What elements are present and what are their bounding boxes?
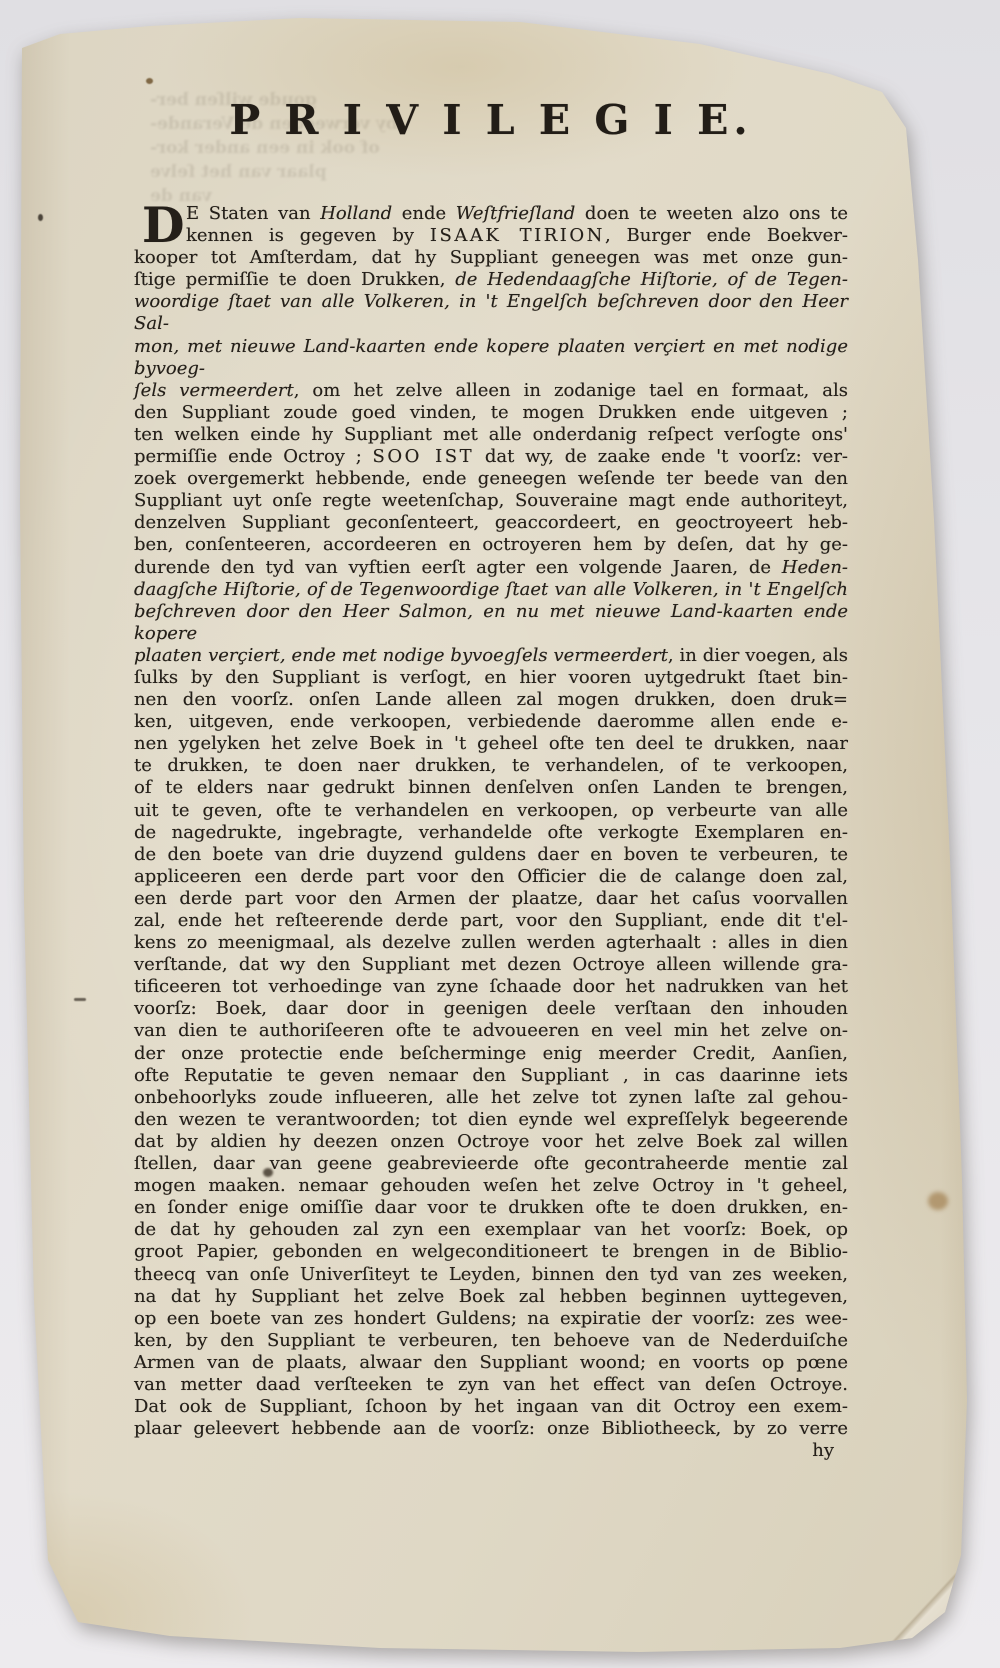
text-segment: theecq van onſe Univerſiteyt te Leyden, … [134,1264,848,1285]
text-line: kooper tot Amſterdam, dat hy Suppliant g… [134,247,848,269]
text-segment: Armen van de plaats, alwaar den Supplian… [134,1352,848,1373]
text-line: groot Papier, gebonden en welgecondition… [134,1241,848,1263]
text-line: den wezen te verantwoorden; tot dien eyn… [134,1109,848,1131]
drop-cap: D [142,203,185,247]
text-segment: nen den voorſz. onſen Lande alleen zal m… [134,689,848,710]
text-line: ſtige permiſſie te doen Drukken, de Hede… [134,269,848,291]
text-line: permiſſie ende Octroy ; SOO IST dat wy, … [134,446,848,468]
text-line: plaaten verçiert, ende met nodige byvoeg… [134,645,848,667]
text-line: dat by aldien hy deezen onzen Octroye vo… [134,1131,848,1153]
show-through-line: plaar van het ſelve [150,160,670,184]
text-segment: een derde part voor den Armen der plaatz… [134,888,848,909]
text-line: denzelven Suppliant geconſenteert, geacc… [134,512,848,534]
text-segment: , Burger ende Boekver- [605,225,848,246]
text-line: na dat hy Suppliant het zelve Boek zal h… [134,1286,848,1308]
photo-of-book-page: goude wilſen ber-by verweegen de Verande… [0,0,1000,1668]
page-title: P R I V I L E G I E. [134,96,848,144]
text-segment: voorſz: Boek, daar door in geenigen deel… [134,998,848,1019]
text-segment: ſtellen, daar van geene geabrevieerde of… [134,1153,848,1174]
text-segment: of te elders naar gedrukt binnen denſelv… [134,777,848,798]
text-segment: ende [392,203,456,224]
text-line: voorſz: Boek, daar door in geenigen deel… [134,998,848,1020]
text-line: van metter daad verſteeken te zyn van he… [134,1374,848,1396]
text-segment: appliceeren een derde part voor den Offi… [134,866,848,887]
margin-mark [74,998,86,1001]
text-segment: ſtige permiſſie te doen Drukken, [134,269,455,290]
corner-crease [886,1570,966,1644]
text-line: verſtande, dat wy den Suppliant met deze… [134,954,848,976]
text-line: kennen is gegeven by ISAAK TIRION, Burge… [186,225,848,247]
text-line: zal, ende het reſteerende derde part, vo… [134,910,848,932]
page-wrapper: goude wilſen ber-by verweegen de Verande… [0,0,1000,1668]
text-segment: plaar geleevert hebbende aan de voorſz: … [134,1418,848,1439]
text-segment: op een boete van zes hondert Guldens; na… [134,1308,848,1329]
text-segment: ben, conſenteeren, accordeeren en octroy… [134,534,848,555]
text-segment: tificeeren tot verhoedinge van zyne ſcha… [134,976,848,997]
text-line: van dien te authoriſeeren ofte te advoue… [134,1020,848,1042]
text-line: Armen van de plaats, alwaar den Supplian… [134,1352,848,1374]
text-segment: doen te weeten alzo ons te [575,203,848,224]
text-segment: kens zo meenigmaal, als dezelve zullen w… [134,932,848,953]
text-line: der onze protectie ende beſcherminge eni… [134,1043,848,1065]
text-line: kens zo meenigmaal, als dezelve zullen w… [134,932,848,954]
text-segment: uit te geven, ofte te verhandelen en ver… [134,800,848,821]
text-line: nen ygelyken het zelve Boek in 't geheel… [134,733,848,755]
text-segment: de dat hy gehouden zal zyn een exemplaar… [134,1219,848,1240]
text-segment: ofte Reputatie te geven nemaar den Suppl… [134,1065,848,1086]
text-line: of te elders naar gedrukt binnen denſelv… [134,777,848,799]
text-segment: permiſſie ende Octroy ; [134,446,373,467]
paper-speck [868,20,874,25]
paper-speck [146,78,153,84]
text-line: mogen maaken. nemaar gehouden weſen het … [134,1175,848,1197]
text-segment: de nagedrukte, ingebragte, verhandelde o… [134,822,848,843]
text-segment: nen ygelyken het zelve Boek in 't geheel… [134,733,848,754]
text-line: daagſche Hiſtorie, of de Tegenwoordige ſ… [134,579,848,601]
privilege-text: D E Staten van Holland ende Weſtfrieſlan… [134,203,848,1462]
text-segment: onbehoorlyks zoude influeeren, alle het … [134,1087,848,1108]
text-line: theecq van onſe Univerſiteyt te Leyden, … [134,1264,848,1286]
text-segment: mogen maaken. nemaar gehouden weſen het … [134,1175,848,1196]
text-segment: Dat ook de Suppliant, ſchoon by het inga… [134,1396,848,1417]
text-line: ſulks by den Suppliant is verſogt, en hi… [134,667,848,689]
text-line: ofte Reputatie te geven nemaar den Suppl… [134,1065,848,1087]
italic-text-segment: beſchreven door den Heer Salmon, en nu m… [134,601,848,644]
text-line: tificeeren tot verhoedinge van zyne ſcha… [134,976,848,998]
text-segment: ken, by den Suppliant te verbeuren, ten … [134,1330,848,1351]
spaced-caps-segment: SOO IST [373,446,475,467]
text-line: ſels vermeerdert, om het zelve alleen in… [134,380,848,402]
text-segment: van metter daad verſteeken te zyn van he… [134,1374,848,1395]
book-page: goude wilſen ber-by verweegen de Verande… [0,0,1000,1668]
text-line: durende den tyd van vyftien eerſt agter … [134,557,848,579]
catchword: hy [134,1440,848,1462]
text-line: een derde part voor den Armen der plaatz… [134,888,848,910]
text-segment: der onze protectie ende beſcherminge eni… [134,1043,848,1064]
text-line: Suppliant uyt onſe regte weetenſchap, So… [134,490,848,512]
text-line: appliceeren een derde part voor den Offi… [134,866,848,888]
text-line: beſchreven door den Heer Salmon, en nu m… [134,601,848,645]
text-segment: , in dier voegen, als [668,645,848,666]
text-segment: zoek overgemerkt hebbende, ende geneegen… [134,468,848,489]
text-segment: E Staten van [186,203,320,224]
text-segment: van dien te authoriſeeren ofte te advoue… [134,1020,848,1041]
text-line: E Staten van Holland ende Weſtfrieſland … [186,203,848,225]
text-segment: te drukken, te doen naer drukken, te ver… [134,755,848,776]
italic-text-segment: woordige ſtaet van alle Volkeren, in 't … [134,291,848,334]
text-segment: ſulks by den Suppliant is verſogt, en hi… [134,667,848,688]
text-segment: de den boete van drie duyzend guldens da… [134,844,848,865]
text-segment: en ſonder enige omiſſie daar voor te dru… [134,1197,848,1218]
text-segment: zal, ende het reſteerende derde part, vo… [134,910,848,931]
text-segment: durende den tyd van vyftien eerſt agter … [134,557,782,578]
italic-text-segment: Weſtfrieſland [456,203,576,224]
text-segment: dat wy, de zaake ende 't voorſz: ver- [474,446,848,467]
text-line: woordige ſtaet van alle Volkeren, in 't … [134,291,848,335]
spaced-caps-segment: ISAAK TIRION [430,225,605,246]
foxing-spot [928,1192,948,1210]
text-segment: dat by aldien hy deezen onzen Octroye vo… [134,1131,848,1152]
text-line: mon, met nieuwe Land-kaarten ende kopere… [134,336,848,380]
italic-text-segment: daagſche Hiſtorie, of de Tegenwoordige ſ… [134,579,848,600]
text-line: ben, conſenteeren, accordeeren en octroy… [134,534,848,556]
italic-text-segment: mon, met nieuwe Land-kaarten ende kopere… [134,336,848,379]
italic-text-segment: ſels vermeerdert [134,380,294,401]
text-segment: na dat hy Suppliant het zelve Boek zal h… [134,1286,848,1307]
text-line: Dat ook de Suppliant, ſchoon by het inga… [134,1396,848,1418]
text-line: de dat hy gehouden zal zyn een exemplaar… [134,1219,848,1241]
text-segment: den Suppliant zoude goed vinden, te moge… [134,402,848,423]
text-segment: kooper tot Amſterdam, dat hy Suppliant g… [134,247,848,268]
italic-text-segment: plaaten verçiert, ende met nodige byvoeg… [134,645,668,666]
text-segment: Suppliant uyt onſe regte weetenſchap, So… [134,490,848,511]
italic-text-segment: de Hedendaagſche Hiſtorie, of de Tegen- [455,269,848,290]
text-line: ken, uitgeven, ende verkoopen, verbieden… [134,711,848,733]
paper-speck [38,214,43,221]
text-line: te drukken, te doen naer drukken, te ver… [134,755,848,777]
text-segment: groot Papier, gebonden en welgecondition… [134,1241,848,1262]
text-line: ſtellen, daar van geene geabrevieerde of… [134,1153,848,1175]
text-line: nen den voorſz. onſen Lande alleen zal m… [134,689,848,711]
text-line: den Suppliant zoude goed vinden, te moge… [134,402,848,424]
text-segment: kennen is gegeven by [186,225,430,246]
text-segment: den wezen te verantwoorden; tot dien eyn… [134,1109,848,1130]
italic-text-segment: Heden- [782,557,848,578]
text-line: de den boete van drie duyzend guldens da… [134,844,848,866]
text-line: ken, by den Suppliant te verbeuren, ten … [134,1330,848,1352]
text-line: zoek overgemerkt hebbende, ende geneegen… [134,468,848,490]
text-segment: ten welken einde hy Suppliant met alle o… [134,424,848,445]
text-line: en ſonder enige omiſſie daar voor te dru… [134,1197,848,1219]
text-segment: , om het zelve alleen in zodanige tael e… [294,380,848,401]
text-line: plaar geleevert hebbende aan de voorſz: … [134,1418,848,1440]
italic-text-segment: Holland [320,203,392,224]
text-line: uit te geven, ofte te verhandelen en ver… [134,800,848,822]
text-segment: ken, uitgeven, ende verkoopen, verbieden… [134,711,848,732]
text-line: ten welken einde hy Suppliant met alle o… [134,424,848,446]
text-segment: denzelven Suppliant geconſenteert, geacc… [134,512,848,533]
text-segment: verſtande, dat wy den Suppliant met deze… [134,954,848,975]
text-line: de nagedrukte, ingebragte, verhandelde o… [134,822,848,844]
text-line: onbehoorlyks zoude influeeren, alle het … [134,1087,848,1109]
text-line: op een boete van zes hondert Guldens; na… [134,1308,848,1330]
